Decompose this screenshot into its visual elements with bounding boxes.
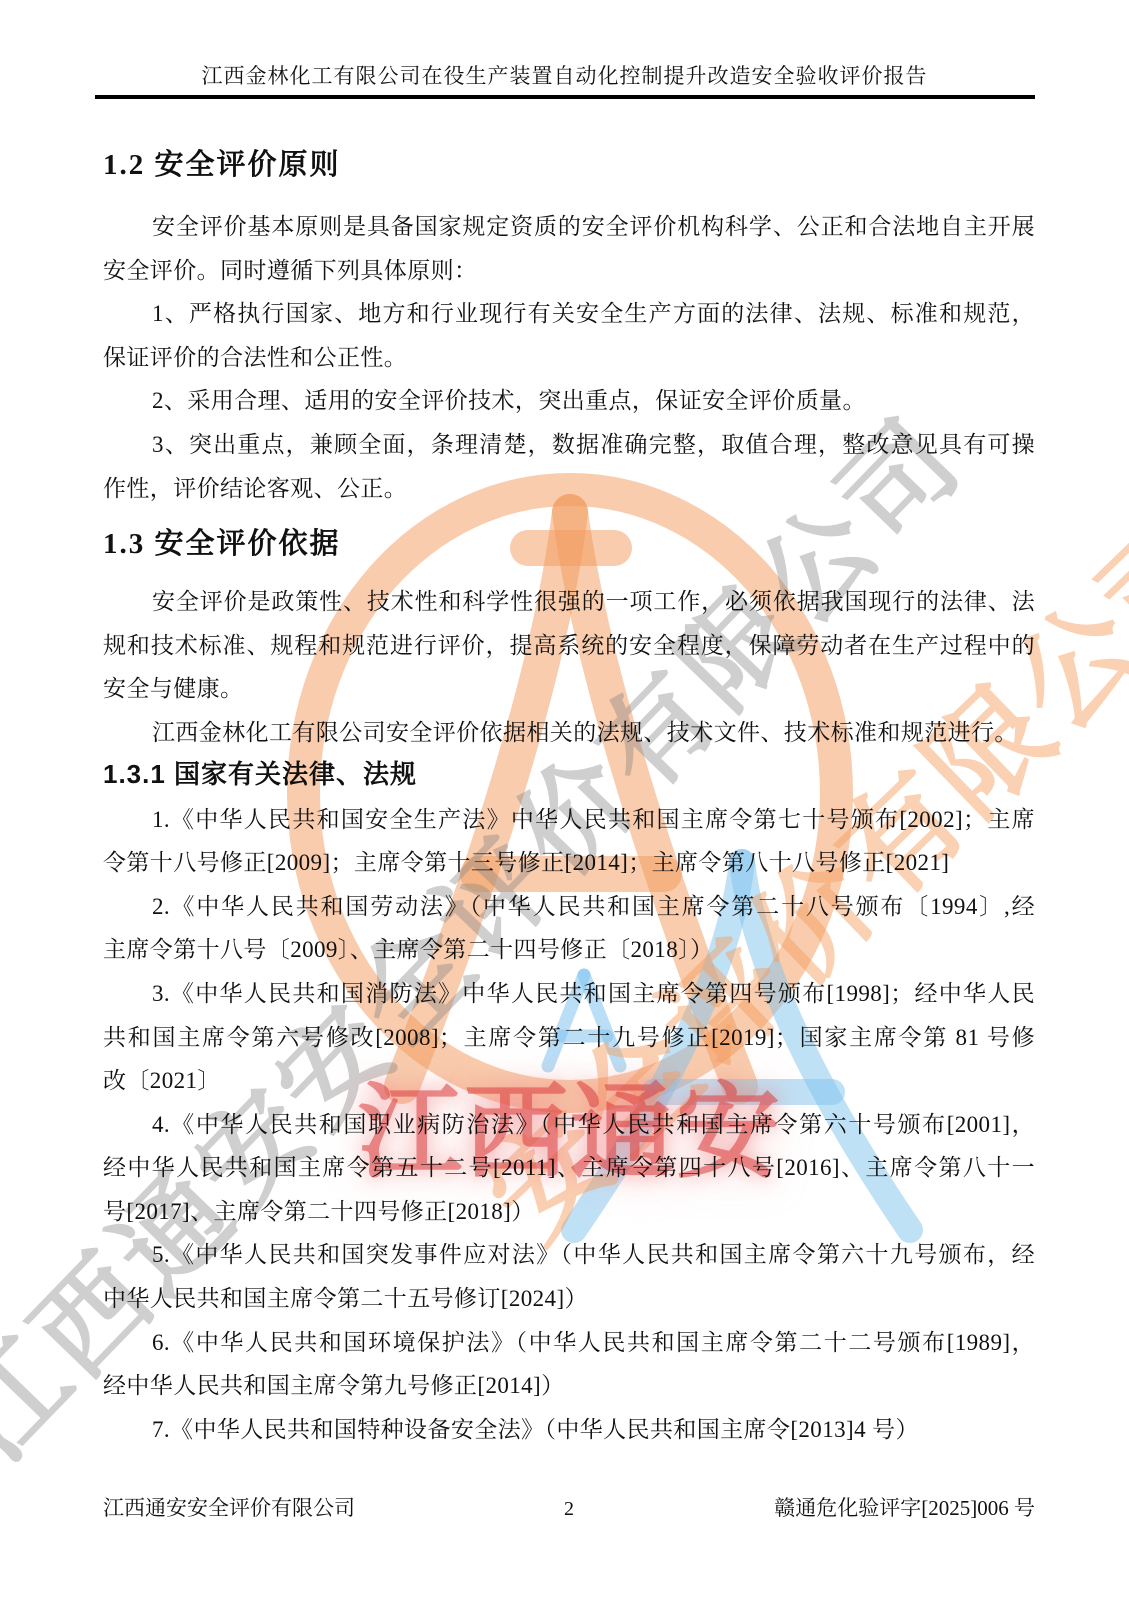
text-line: 改〔2021〕 xyxy=(103,1059,1035,1103)
text-line: 令第十八号修正[2009]；主席令第十三号修正[2014]；主席令第八十八号修正… xyxy=(103,841,1035,885)
text-line: 3.《中华人民共和国消防法》中华人民共和国主席令第四号颁布[1998]；经中华人… xyxy=(103,972,1035,1016)
text-line: 号[2017]、主席令第二十四号修正[2018]） xyxy=(103,1190,1035,1234)
document-page: 江西通安安全评价有限公司 安全评价有限公司 江西通安 江西金林化工有限公司在役生… xyxy=(0,0,1129,1600)
section-heading: 1.3 安全评价依据 xyxy=(103,525,1035,563)
text-line: 经中华人民共和国主席令第五十二号[2011]、主席令第四十八号[2016]、主席… xyxy=(103,1146,1035,1190)
text-line: 安全评价基本原则是具备国家规定资质的安全评价机构科学、公正和合法地自主开展 xyxy=(103,205,1035,249)
text-line: 规和技术标准、规程和规范进行评价，提高系统的安全程度，保障劳动者在生产过程中的 xyxy=(103,624,1035,668)
text-line: 2.《中华人民共和国劳动法》（中华人民共和国主席令第二十八号颁布〔1994〕,经 xyxy=(103,885,1035,929)
text-line: 经中华人民共和国主席令第九号修正[2014]） xyxy=(103,1364,1035,1408)
text-line: 6.《中华人民共和国环境保护法》（中华人民共和国主席令第二十二号颁布[1989]… xyxy=(103,1321,1035,1365)
section-heading: 1.2 安全评价原则 xyxy=(103,146,1035,184)
text-line: 作性，评价结论客观、公正。 xyxy=(103,467,1035,511)
text-line: 中华人民共和国主席令第二十五号修订[2024]） xyxy=(103,1277,1035,1321)
page-footer: 江西通安安全评价有限公司 2 赣通危化验评字[2025]006 号 xyxy=(103,1492,1035,1522)
text-line: 保证评价的合法性和公正性。 xyxy=(103,336,1035,380)
document-body: 1.2 安全评价原则安全评价基本原则是具备国家规定资质的安全评价机构科学、公正和… xyxy=(103,0,1035,1451)
text-line: 2、采用合理、适用的安全评价技术，突出重点，保证安全评价质量。 xyxy=(103,379,1035,423)
text-line: 江西金林化工有限公司安全评价依据相关的法规、技术文件、技术标准和规范进行。 xyxy=(103,711,1035,755)
text-line: 7.《中华人民共和国特种设备安全法》（中华人民共和国主席令[2013]4 号） xyxy=(103,1408,1035,1452)
section-heading: 1.3.1 国家有关法律、法规 xyxy=(103,757,1035,791)
text-line: 安全评价。同时遵循下列具体原则： xyxy=(103,249,1035,293)
footer-company: 江西通安安全评价有限公司 xyxy=(103,1492,539,1522)
text-line: 1、严格执行国家、地方和行业现行有关安全生产方面的法律、法规、标准和规范， xyxy=(103,292,1035,336)
text-line: 主席令第十八号〔2009〕、主席令第二十四号修正〔2018〕） xyxy=(103,928,1035,972)
text-line: 1.《中华人民共和国安全生产法》中华人民共和国主席令第七十号颁布[2002]；主… xyxy=(103,798,1035,842)
footer-doc-number: 赣通危化验评字[2025]006 号 xyxy=(599,1492,1035,1522)
text-line: 3、突出重点，兼顾全面，条理清楚，数据准确完整，取值合理，整改意见具有可操 xyxy=(103,423,1035,467)
footer-page-number: 2 xyxy=(539,1498,599,1521)
text-line: 共和国主席令第六号修改[2008]；主席令第二十九号修正[2019]；国家主席令… xyxy=(103,1016,1035,1060)
text-line: 4.《中华人民共和国职业病防治法》（中华人民共和国主席令第六十号颁布[2001]… xyxy=(103,1103,1035,1147)
text-line: 安全与健康。 xyxy=(103,667,1035,711)
text-line: 安全评价是政策性、技术性和科学性很强的一项工作，必须依据我国现行的法律、法 xyxy=(103,580,1035,624)
text-line: 5.《中华人民共和国突发事件应对法》（中华人民共和国主席令第六十九号颁布，经 xyxy=(103,1233,1035,1277)
